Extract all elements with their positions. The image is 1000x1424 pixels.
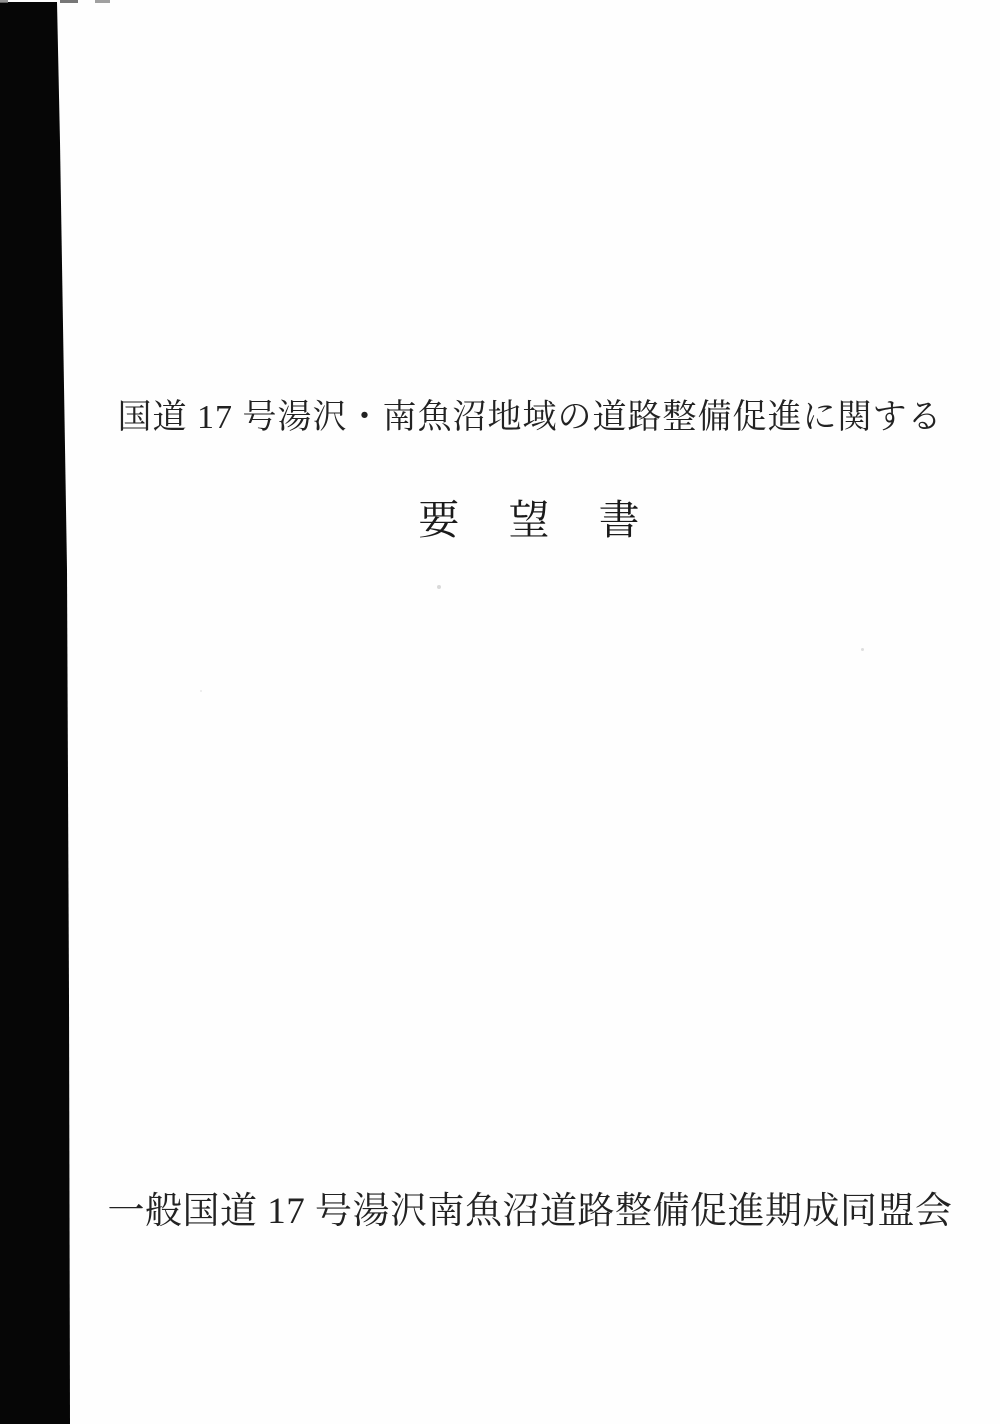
document-title: 要 望 書: [60, 487, 1000, 546]
scan-speck: [861, 648, 864, 651]
document-subject-line: 国道 17 号湯沢・南魚沼地域の道路整備促進に関する: [60, 389, 1000, 438]
document-author-line: 一般国道 17 号湯沢南魚沼道路整備促進期成同盟会: [60, 1180, 1000, 1234]
scan-speck: [437, 585, 441, 589]
document-content: 国道 17 号湯沢・南魚沼地域の道路整備促進に関する 要 望 書 一般国道 17…: [60, 0, 1000, 1424]
scan-speck: [200, 690, 202, 692]
scanned-document-page: 国道 17 号湯沢・南魚沼地域の道路整備促進に関する 要 望 書 一般国道 17…: [0, 0, 1000, 1424]
